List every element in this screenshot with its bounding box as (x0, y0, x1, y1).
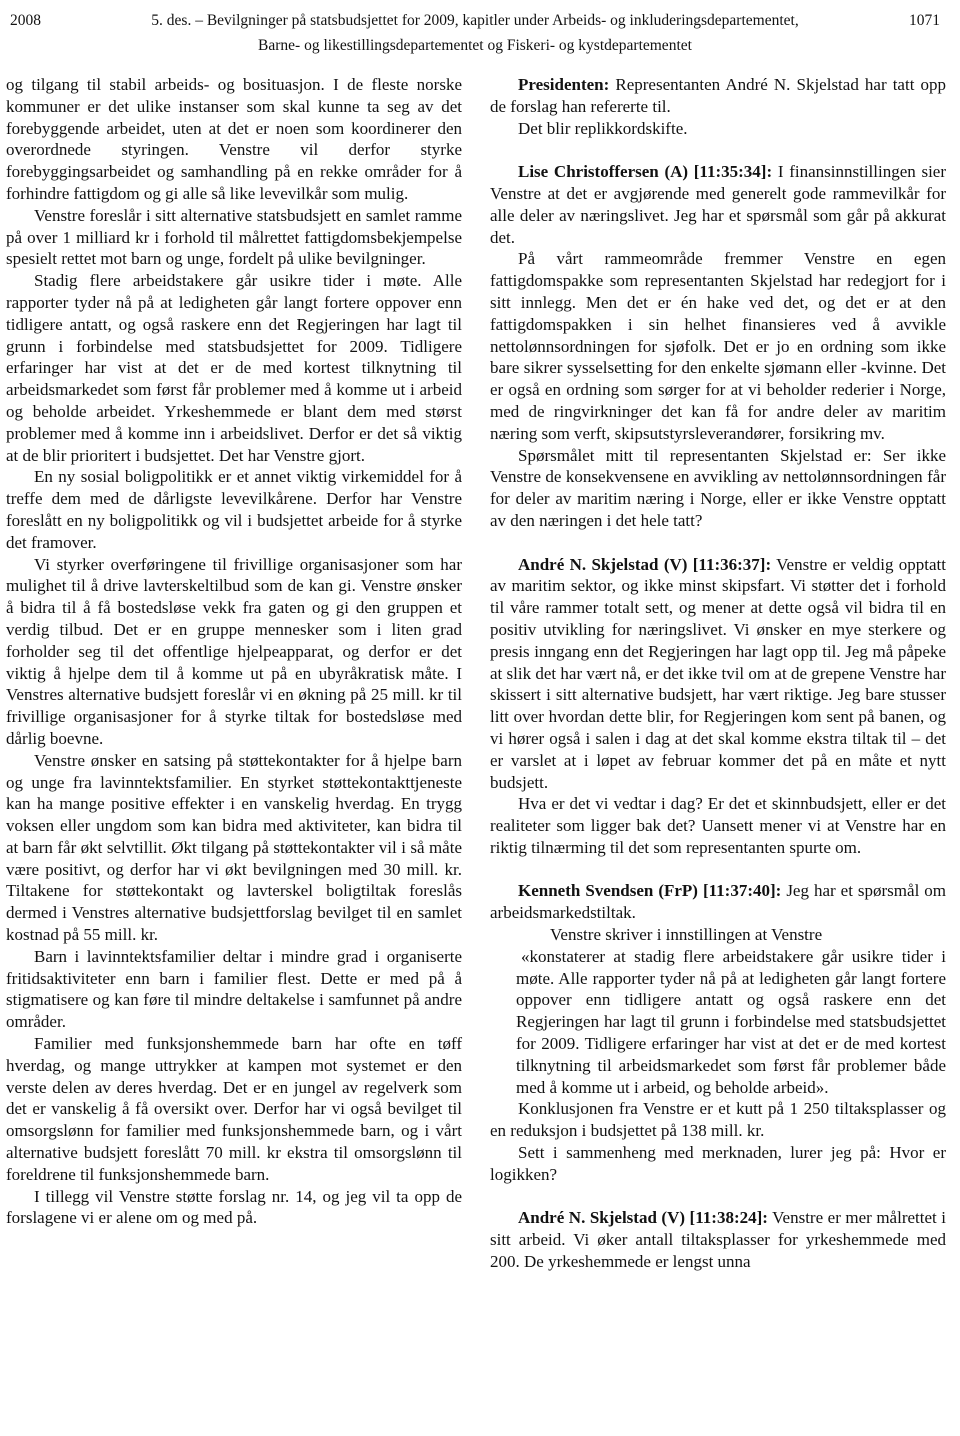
paragraph: Sett i sammenheng med merknaden, lurer j… (490, 1142, 946, 1186)
header-page-number: 1071 (868, 8, 952, 33)
quote-intro: Venstre skriver i innstillingen at Venst… (490, 924, 946, 946)
speaker-name: André N. Skjelstad (V) [11:36:37]: (518, 555, 771, 574)
paragraph: I tillegg vil Venstre støtte forslag nr.… (6, 1186, 462, 1230)
speech-skjelstad-2: André N. Skjelstad (V) [11:38:24]: Venst… (490, 1207, 946, 1272)
paragraph: og tilgang til stabil arbeids- og bositu… (6, 74, 462, 205)
two-column-body: og tilgang til stabil arbeids- og bositu… (6, 74, 952, 1273)
speaker-name: Kenneth Svendsen (FrP) [11:37:40]: (518, 881, 781, 900)
speaker-name: Presidenten: (518, 75, 609, 94)
speech-skjelstad-1: André N. Skjelstad (V) [11:36:37]: Venst… (490, 554, 946, 794)
speech-presidenten: Presidenten: Representanten André N. Skj… (490, 74, 946, 118)
speech-christoffersen: Lise Christoffersen (A) [11:35:34]: I fi… (490, 161, 946, 248)
paragraph: Venstre ønsker en satsing på støttekonta… (6, 750, 462, 946)
paragraph: På vårt rammeområde fremmer Venstre en e… (490, 248, 946, 444)
quote-block: «konstaterer at stadig flere arbeidstake… (516, 946, 946, 1099)
header-title-line1: 5. des. – Bevilgninger på statsbudsjette… (82, 8, 868, 33)
paragraph: Det blir replikkordskifte. (490, 118, 946, 140)
header-title-line2: Barne- og likestillingsdepartementet og … (82, 33, 868, 58)
speaker-name: Lise Christoffersen (A) [11:35:34]: (518, 162, 772, 181)
paragraph: Hva er det vi vedtar i dag? Er det et sk… (490, 793, 946, 858)
header-title: 5. des. – Bevilgninger på statsbudsjette… (82, 8, 868, 58)
paragraph: Vi styrker overføringene til frivillige … (6, 554, 462, 750)
speech-svendsen: Kenneth Svendsen (FrP) [11:37:40]: Jeg h… (490, 880, 946, 924)
speaker-name: André N. Skjelstad (V) [11:38:24]: (518, 1208, 768, 1227)
paragraph: Familier med funksjonshemmede barn har o… (6, 1033, 462, 1186)
paragraph: Barn i lavinntektsfamilier deltar i mind… (6, 946, 462, 1033)
paragraph: Konklusjonen fra Venstre er et kutt på 1… (490, 1098, 946, 1142)
document-page: 2008 5. des. – Bevilgninger på statsbuds… (0, 0, 960, 1436)
paragraph: En ny sosial boligpolitikk er et annet v… (6, 466, 462, 553)
header-year: 2008 (6, 8, 82, 33)
paragraph: Stadig flere arbeidstakere går usikre ti… (6, 270, 462, 466)
paragraph: Spørsmålet mitt til representanten Skjel… (490, 445, 946, 532)
right-column: Presidenten: Representanten André N. Skj… (490, 74, 946, 1273)
paragraph: Venstre foreslår i sitt alternative stat… (6, 205, 462, 270)
speech-text: Venstre er veldig opptatt av maritim sek… (490, 555, 946, 792)
page-header: 2008 5. des. – Bevilgninger på statsbuds… (6, 8, 952, 58)
left-column: og tilgang til stabil arbeids- og bositu… (6, 74, 462, 1273)
